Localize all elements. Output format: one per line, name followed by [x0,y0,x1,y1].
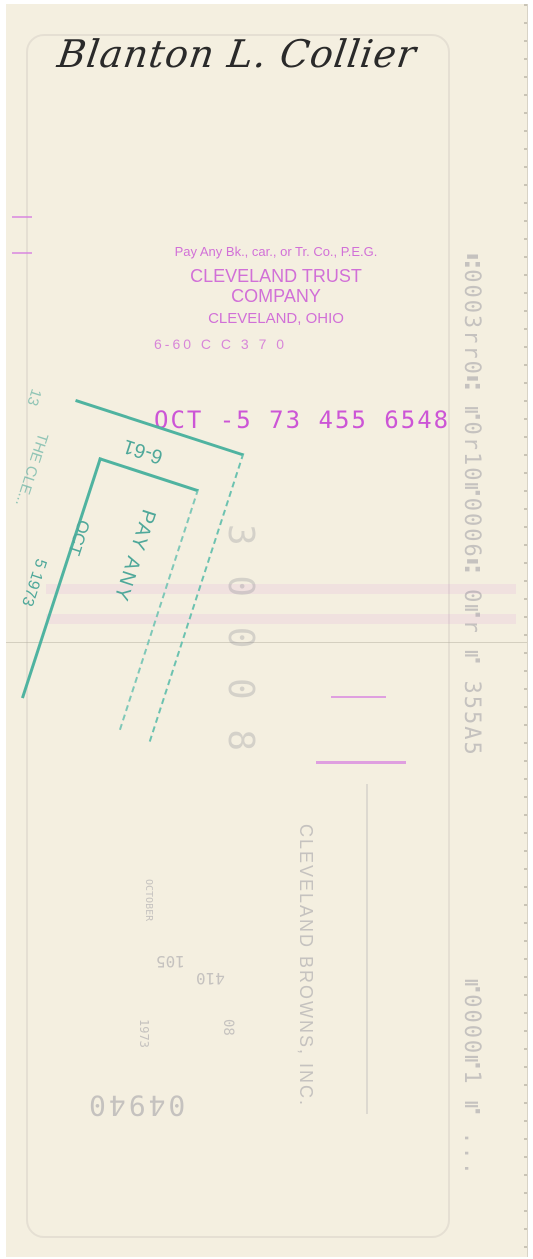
date-stamp: OCT -5 73 455 6548 [154,406,450,434]
bank-name-line1: CLEVELAND TRUST [156,266,396,286]
bank-city: CLEVELAND, OHIO [156,310,396,327]
pay-any-bank-line: Pay Any Bk., car., or Tr. Co., P.E.G. [146,244,406,259]
bleed-through-amount: 3 0 0 0 8 [220,524,261,755]
pink-underline [316,761,406,764]
check-number: 04940 [86,1089,185,1122]
bleed-through-number-410: 410 [196,969,225,988]
perforation-edge [524,4,527,1257]
stamp-codes: 6-60 C C 3 7 0 [154,336,414,352]
endorsement-signature: Blanton L. Collier [55,32,420,76]
pink-edge-mark [12,216,32,218]
teal-day-year: 5 1973 [17,556,49,608]
bank-name-stamp: CLEVELAND TRUST COMPANY [156,266,396,306]
pink-mark [331,696,386,698]
bleed-through-number-08: 08 [220,1019,236,1036]
bleed-through-year: 1973 [137,1019,151,1048]
bank-name-line2: COMPANY [156,286,396,306]
bleed-through-payee: CLEVELAND BROWNS, INC. [295,824,316,1107]
bleed-through-signature [366,784,428,1114]
micr-line-bottom: ⑈0000⑈1 ⑈ ... [459,979,484,1177]
pink-edge-mark [12,252,32,254]
bleed-through-date: OCTOBER [143,879,154,921]
bleed-through-number-105: 105 [156,952,185,971]
teal-routing-code: 6-61 [121,434,166,468]
check-back: Blanton L. Collier Pay Any Bk., car., or… [6,4,528,1257]
micr-line-top: ⑆0003rr0⑆ ⑈0r10⑈0006⑆ 0⑈r ⑈ 355A5 [459,254,484,757]
